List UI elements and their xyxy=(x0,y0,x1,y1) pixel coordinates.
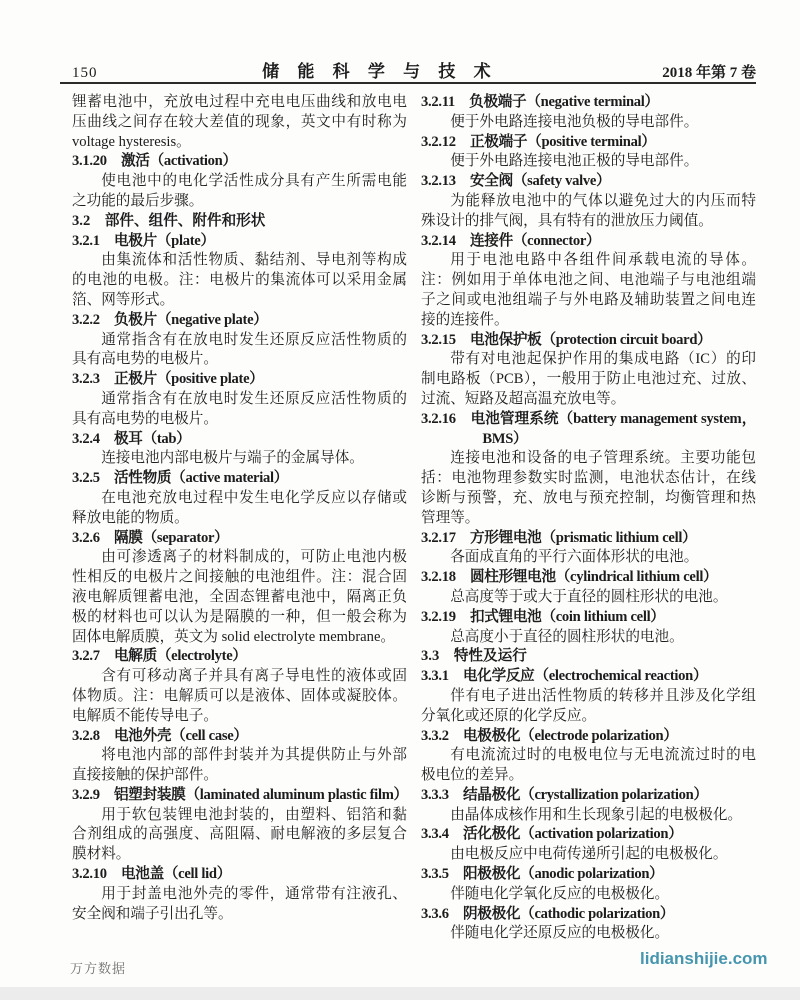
definition-text: 总高度等于或大于直径的圆柱形状的电池。 xyxy=(421,588,756,608)
definition-text: 用于电池电路中各组件间承载电流的导体。注：例如用于单体电池之间、电池端子与电池组… xyxy=(421,251,756,330)
right-column: 3.2.11 负极端子（negative terminal）便于外电路连接电池负… xyxy=(421,93,756,944)
definition-text: 使电池中的电化学活性成分具有产生所需电能之功能的最后步骤。 xyxy=(72,172,407,212)
term-heading: 3.2.18 圆柱形锂电池（cylindrical lithium cell） xyxy=(421,568,756,588)
term-heading: 3.2.12 正极端子（positive terminal） xyxy=(421,133,756,153)
definition-text: 用于封盖电池外壳的零件，通常带有注液孔、安全阀和端子引出孔等。 xyxy=(72,885,407,925)
body-columns: 锂蓄电池中，充放电过程中充电电压曲线和放电电压曲线之间存在较大差值的现象，英文中… xyxy=(72,93,756,944)
term-heading: 3.2.10 电池盖（cell lid） xyxy=(72,865,407,885)
definition-text: 为能释放电池中的气体以避免过大的内压而特殊设计的排气阀，具有特有的泄放压力阈值。 xyxy=(421,192,756,232)
definition-text: 总高度小于直径的圆柱形状的电池。 xyxy=(421,628,756,648)
definition-text: 由集流体和活性物质、黏结剂、导电剂等构成的电池的电极。注：电极片的集流体可以采用… xyxy=(72,251,407,310)
wanfang-watermark: 万方数据 xyxy=(70,958,126,977)
definition-text: 通常指含有在放电时发生还原反应活性物质的具有高电势的电极片。 xyxy=(72,390,407,430)
site-watermark: lidianshijie.com xyxy=(640,949,768,969)
section-heading: 3.2 部件、组件、附件和形状 xyxy=(72,212,407,232)
term-heading: 3.2.16 电池管理系统（battery management system，… xyxy=(421,410,756,450)
definition-text: 连接电池和设备的电子管理系统。主要功能包括：电池物理参数实时监测，电池状态估计，… xyxy=(421,449,756,528)
term-heading: 3.2.5 活性物质（active material） xyxy=(72,469,407,489)
term-heading: 3.2.9 铝塑封装膜（laminated aluminum plastic f… xyxy=(72,786,407,806)
definition-text: 便于外电路连接电池负极的导电部件。 xyxy=(421,113,756,133)
term-heading: 3.2.4 极耳（tab） xyxy=(72,430,407,450)
term-heading: 3.2.14 连接件（connector） xyxy=(421,232,756,252)
definition-text: 有电流流过时的电极电位与无电流流过时的电极电位的差异。 xyxy=(421,746,756,786)
definition-text: 伴有电子进出活性物质的转移并且涉及化学组分氧化或还原的化学反应。 xyxy=(421,687,756,727)
definition-text: 由可渗透离子的材料制成的，可防止电池内极性相反的电极片之间接触的电池组件。注：混… xyxy=(72,548,407,647)
definition-text: 由电极反应中电荷传递所引起的电极极化。 xyxy=(421,845,756,865)
definition-text: 便于外电路连接电池正极的导电部件。 xyxy=(421,152,756,172)
definition-continued: 锂蓄电池中，充放电过程中充电电压曲线和放电电压曲线之间存在较大差值的现象，英文中… xyxy=(72,93,407,152)
term-heading: 3.2.19 扣式锂电池（coin lithium cell） xyxy=(421,608,756,628)
term-heading: 3.2.1 电极片（plate） xyxy=(72,232,407,252)
definition-text: 通常指含有在放电时发生还原反应活性物质的具有高电势的电极片。 xyxy=(72,331,407,371)
term-heading: 3.2.13 安全阀（safety valve） xyxy=(421,172,756,192)
term-heading: 3.2.11 负极端子（negative terminal） xyxy=(421,93,756,113)
term-heading: 3.2.8 电池外壳（cell case） xyxy=(72,727,407,747)
running-head: 150 储 能 科 学 与 技 术 2018 年第 7 卷 xyxy=(72,57,756,82)
term-heading: 3.2.3 正极片（positive plate） xyxy=(72,370,407,390)
definition-text: 伴随电化学氧化反应的电极极化。 xyxy=(421,885,756,905)
term-heading: 3.3.1 电化学反应（electrochemical reaction） xyxy=(421,667,756,687)
page-number: 150 xyxy=(72,65,98,82)
definition-text: 伴随电化学还原反应的电极极化。 xyxy=(421,924,756,944)
left-column: 锂蓄电池中，充放电过程中充电电压曲线和放电电压曲线之间存在较大差值的现象，英文中… xyxy=(72,93,407,944)
term-heading: 3.3.5 阳极极化（anodic polarization） xyxy=(421,865,756,885)
issue-info: 2018 年第 7 卷 xyxy=(662,61,756,82)
term-heading: 3.1.20 激活（activation） xyxy=(72,152,407,172)
definition-text: 在电池充放电过程中发生电化学反应以存储或释放电能的物质。 xyxy=(72,489,407,529)
journal-title: 储 能 科 学 与 技 术 xyxy=(262,57,498,82)
definition-text: 连接电池内部电极片与端子的金属导体。 xyxy=(72,449,407,469)
definition-text: 带有对电池起保护作用的集成电路（IC）的印制电路板（PCB），一般用于防止电池过… xyxy=(421,350,756,409)
definition-text: 各面成直角的平行六面体形状的电池。 xyxy=(421,548,756,568)
definition-text: 用于软包装锂电池封装的，由塑料、铝箔和黏合剂组成的高强度、高阻隔、耐电解液的多层… xyxy=(72,806,407,865)
term-heading: 3.2.15 电池保护板（protection circuit board） xyxy=(421,331,756,351)
definition-text: 由晶体成核作用和生长现象引起的电极极化。 xyxy=(421,806,756,826)
term-heading: 3.3.6 阴极极化（cathodic polarization） xyxy=(421,905,756,925)
term-heading: 3.3.2 电极极化（electrode polarization） xyxy=(421,727,756,747)
term-heading: 3.3.3 结晶极化（crystallization polarization） xyxy=(421,786,756,806)
header-divider xyxy=(60,82,756,84)
definition-text: 将电池内部的部件封装并为其提供防止与外部直接接触的保护部件。 xyxy=(72,746,407,786)
term-heading: 3.2.6 隔膜（separator） xyxy=(72,529,407,549)
term-heading: 3.2.2 负极片（negative plate） xyxy=(72,311,407,331)
term-heading: 3.2.17 方形锂电池（prismatic lithium cell） xyxy=(421,529,756,549)
section-heading: 3.3 特性及运行 xyxy=(421,647,756,667)
definition-text: 含有可移动离子并具有离子导电性的液体或固体物质。注：电解质可以是液体、固体或凝胶… xyxy=(72,667,407,726)
document-page: 150 储 能 科 学 与 技 术 2018 年第 7 卷 锂蓄电池中，充放电过… xyxy=(0,0,800,1000)
scan-edge xyxy=(0,987,800,1000)
term-heading: 3.2.7 电解质（electrolyte） xyxy=(72,647,407,667)
term-heading: 3.3.4 活化极化（activation polarization） xyxy=(421,825,756,845)
